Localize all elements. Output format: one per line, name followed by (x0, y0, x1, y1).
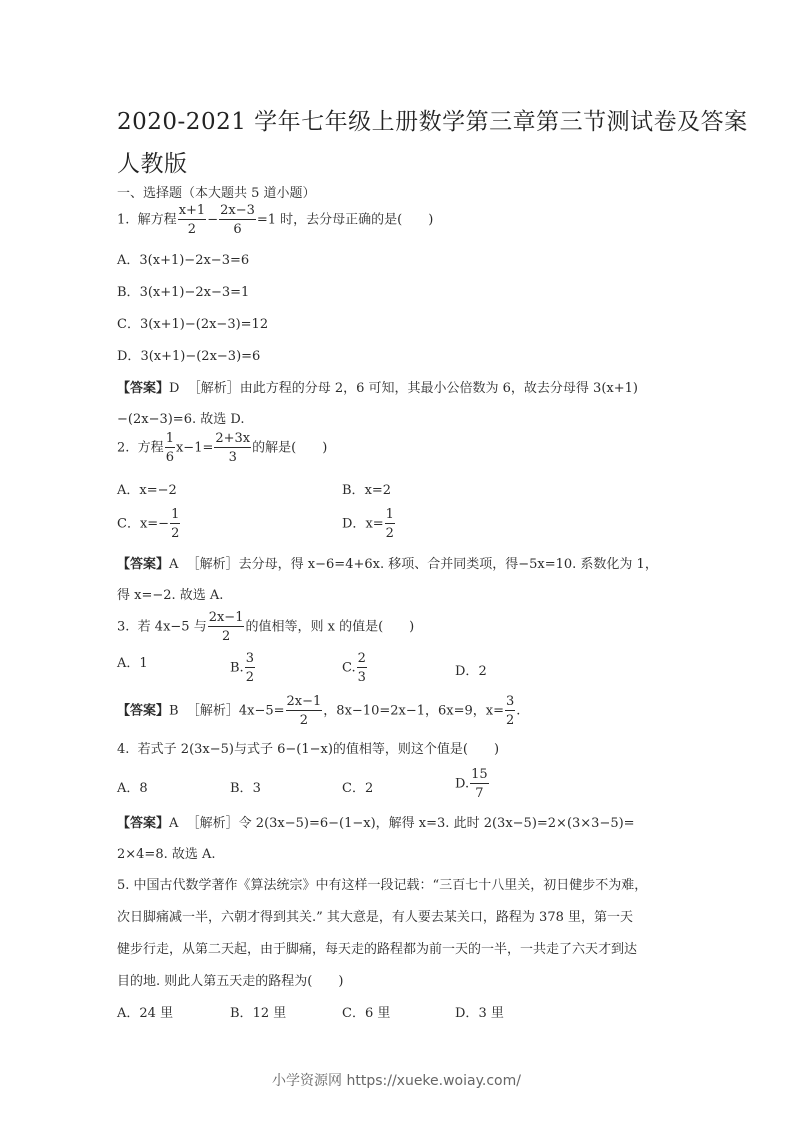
question-2-stem: 2. 方程16x−1=2+3x3的解是( ) (117, 432, 327, 464)
question-5-option-a: A．24 里 (117, 1002, 173, 1021)
fraction: 12 (385, 508, 395, 540)
question-1-analysis-cont: −(2x−3)=6. 故选 D. (117, 408, 244, 427)
question-1-option-d: D．3(x+1)−(2x−3)=6 (117, 345, 260, 364)
question-1-option-b: B．3(x+1)−2x−3=1 (117, 281, 249, 300)
footer-watermark: 小学资源网 https://xueke.woiay.com/ (0, 1070, 793, 1090)
fraction: 23 (357, 652, 367, 684)
question-3-option-c: C.23 (342, 652, 368, 684)
question-2-analysis-cont: 得 x=−2. 故选 A. (117, 584, 223, 603)
question-2-option-a: A．x=−2 (117, 479, 177, 498)
document-page: 2020-2021 学年七年级上册数学第三章第三节测试卷及答案 人教版 一、选择… (0, 0, 793, 1122)
question-2-option-b: B．x=2 (342, 479, 391, 498)
question-3-option-d: D．2 (455, 660, 487, 679)
question-3-answer: 【答案】B ［解析］4x−5=2x−12，8x−10=2x−1，6x=9，x=3… (117, 695, 520, 727)
document-title-line2: 人教版 (117, 145, 188, 178)
fraction: 2x−36 (219, 204, 256, 236)
question-5-stem-line3: 健步行走，从第二天起，由于脚痛，每天走的路程都为前一天的一半，一共走了六天才到达 (117, 938, 637, 957)
fraction: 2x−12 (208, 611, 245, 643)
question-2-option-c: C．x=−12 (117, 508, 181, 540)
question-5-stem-line1: 5. 中国古代数学著作《算法统宗》中有这样一段记载：“三百七十八里关，初日健步不… (117, 874, 647, 893)
question-4-analysis-cont: 2×4=8. 故选 A. (117, 843, 216, 862)
question-5-option-c: C．6 里 (342, 1002, 390, 1021)
question-5-option-d: D．3 里 (455, 1002, 504, 1021)
fraction: 2+3x3 (214, 432, 251, 464)
fraction: 16 (165, 432, 175, 464)
question-4-option-c: C．2 (342, 777, 373, 796)
question-4-option-d: D.157 (455, 768, 490, 800)
fraction: 12 (170, 508, 180, 540)
question-1-option-c: C．3(x+1)−(2x−3)=12 (117, 313, 268, 332)
fraction: 32 (505, 695, 515, 727)
question-5-stem-line2: 次日脚痛减一半，六朝才得到其关.” 其大意是，有人要去某关口，路程为 378 里… (117, 906, 633, 925)
question-3-option-a: A．1 (117, 652, 148, 671)
question-5-stem-line4: 目的地. 则此人第五天走的路程为( ) (117, 970, 343, 989)
question-2-answer: 【答案】A ［解析］去分母，得 x−6=4+6x. 移项、合并同类项，得−5x=… (117, 553, 658, 572)
question-1-option-a: A．3(x+1)−2x−3=6 (117, 249, 249, 268)
document-title-line1: 2020-2021 学年七年级上册数学第三章第三节测试卷及答案 (117, 103, 748, 136)
question-4-stem: 4. 若式子 2(3x−5)与式子 6−(1−x)的值相等，则这个值是( ) (117, 738, 499, 757)
question-4-option-b: B．3 (230, 777, 261, 796)
question-3-option-b: B.32 (230, 652, 256, 684)
question-4-option-a: A．8 (117, 777, 148, 796)
section-heading: 一、选择题（本大题共 5 道小题） (117, 182, 316, 201)
fraction: 32 (245, 652, 255, 684)
question-2-option-d: D．x=12 (342, 508, 396, 540)
fraction: 2x−12 (286, 695, 323, 727)
question-1-stem: 1. 解方程x+12−2x−36=1 时，去分母正确的是( ) (117, 204, 433, 236)
question-4-answer: 【答案】A ［解析］令 2(3x−5)=6−(1−x)，解得 x=3. 此时 2… (117, 812, 635, 831)
question-3-stem: 3. 若 4x−5 与2x−12的值相等，则 x 的值是( ) (117, 611, 414, 643)
question-5-option-b: B．12 里 (230, 1002, 286, 1021)
question-1-answer: 【答案】D ［解析］由此方程的分母 2，6 可知，其最小公倍数为 6，故去分母得… (117, 377, 638, 396)
fraction: 157 (470, 768, 489, 800)
fraction: x+12 (178, 204, 207, 236)
